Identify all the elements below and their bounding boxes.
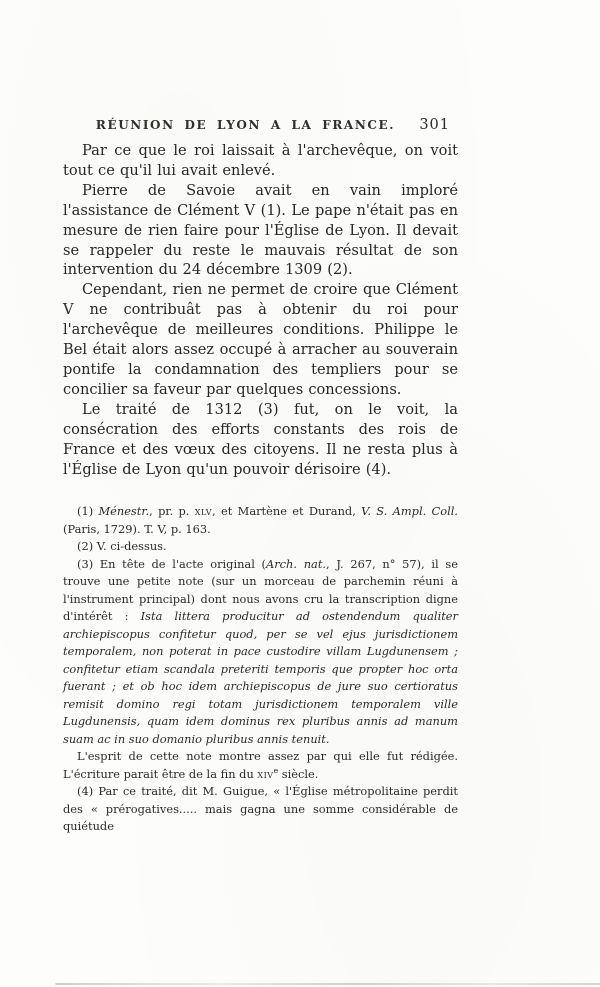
body-paragraph-2: Pierre de Savoie avait en vain imploré l… [63,181,458,281]
body-paragraph-3: Cependant, rien ne permet de croire que … [63,280,458,399]
running-title: RÉUNION DE LYON A LA FRANCE. [63,118,458,132]
footnote-3: (3) En tête de l'acte original (Arch. na… [63,556,458,749]
body-paragraph-1: Par ce que le roi laissait à l'archevêqu… [63,141,458,181]
main-text-block: Par ce que le roi laissait à l'archevêqu… [63,141,458,479]
footnotes-block: (1) Ménestr., pr. p. xlv, et Martène et … [63,503,458,836]
footnote-2: (2) V. ci-dessus. [63,538,458,556]
scanned-book-page: RÉUNION DE LYON A LA FRANCE. 301 Par ce … [0,0,600,987]
footnote-4: (4) Par ce traité, dit M. Guigue, « l'Ég… [63,783,458,836]
page-header: RÉUNION DE LYON A LA FRANCE. 301 [63,118,458,136]
footnote-1: (1) Ménestr., pr. p. xlv, et Martène et … [63,503,458,538]
page-number: 301 [419,117,450,133]
footnote-3-continuation: L'esprit de cette note montre assez par … [63,748,458,783]
scan-edge-artifact [55,983,600,985]
body-paragraph-4: Le traité de 1312 (3) fut, on le voit, l… [63,400,458,480]
